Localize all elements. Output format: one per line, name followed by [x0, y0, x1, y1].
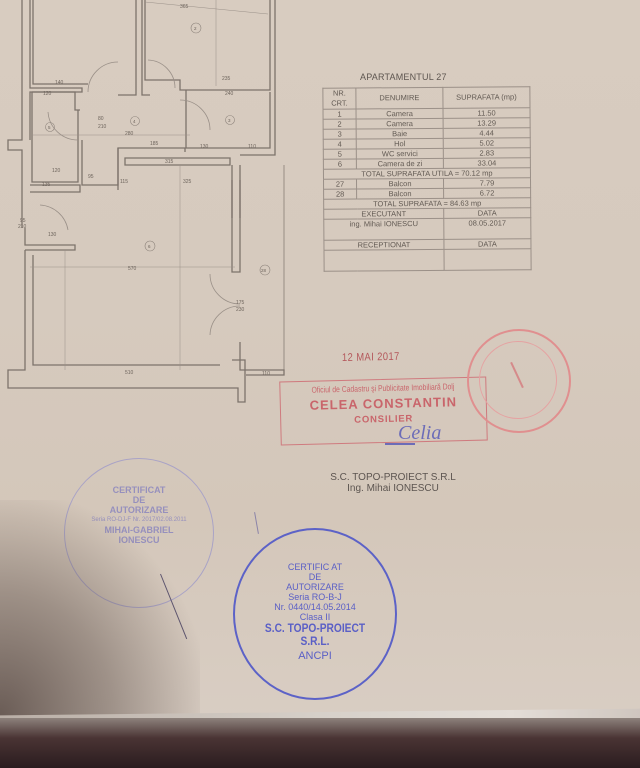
svg-text:235: 235: [222, 76, 231, 82]
ocpi-stamp: Oficiul de Cadastru şi Publicitate Imobi…: [279, 376, 488, 445]
cell-denumire: Baie: [356, 128, 443, 139]
cell-denumire: Camera de zi: [356, 158, 443, 169]
svg-text:325: 325: [183, 179, 192, 185]
stamp-line: CERTIFICAT: [65, 485, 213, 495]
signature: Celia: [398, 422, 441, 445]
receptionat-row: [324, 249, 531, 271]
svg-text:240: 240: [225, 91, 234, 97]
ocpi-office: Oficiul de Cadastru şi Publicitate Imobi…: [301, 381, 465, 395]
svg-text:130: 130: [48, 232, 57, 238]
cell-nr: 28: [324, 189, 357, 199]
header-nr: NR. CRT.: [323, 88, 356, 109]
cell-suprafata: 13.29: [443, 118, 530, 129]
svg-text:120: 120: [52, 168, 61, 174]
cell-denumire: Balcon: [356, 178, 443, 189]
svg-text:3: 3: [228, 118, 231, 123]
svg-text:510: 510: [125, 370, 134, 376]
stamp-line: Nr. 0440/14.05.2014: [235, 602, 395, 612]
cell-denumire: Hol: [356, 138, 443, 149]
svg-text:110: 110: [248, 144, 256, 150]
dim-label: 365: [180, 4, 189, 10]
cell-suprafata: 4.44: [443, 128, 530, 139]
company-engineer: Ing. Mihai IONESCU: [318, 483, 468, 494]
date-stamp: 12 MAI 2017: [342, 351, 400, 364]
svg-text:95: 95: [88, 174, 94, 180]
cell-suprafata: 11.50: [443, 108, 530, 119]
ocpi-role: CONSILIER: [281, 411, 486, 427]
cell-nr: 6: [323, 159, 356, 169]
cell-nr: 5: [323, 149, 356, 159]
company-block: S.C. TOPO-PROIECT S.R.L Ing. Mihai IONES…: [318, 472, 468, 494]
background-surface: [0, 718, 640, 768]
svg-text:120: 120: [43, 91, 52, 97]
cell-suprafata: 6.72: [444, 188, 531, 199]
receptionat-data-label: DATA: [444, 239, 531, 250]
svg-text:4: 4: [133, 119, 136, 124]
stamp-ancpi: ANCPI: [235, 651, 395, 661]
seal-emblem-icon: [510, 362, 524, 388]
header-suprafata: SUPRAFATA (mp): [443, 87, 530, 109]
svg-text:2: 2: [194, 26, 197, 31]
cell-denumire: Balcon: [357, 188, 444, 199]
svg-text:185: 185: [150, 141, 159, 147]
stamp-line: CERTIFIC AT: [235, 562, 395, 572]
svg-text:110: 110: [262, 371, 270, 377]
stamp-line: Seria RO-B-J: [235, 592, 395, 602]
cell-nr: 4: [323, 139, 356, 149]
svg-text:115: 115: [120, 179, 128, 185]
cell-nr: 2: [323, 119, 356, 129]
cell-nr: 1: [323, 109, 356, 119]
svg-text:315: 315: [165, 159, 174, 165]
area-table: NR. CRT. DENUMIRE SUPRAFATA (mp) 1Camera…: [322, 86, 531, 271]
cell-suprafata: 7.79: [443, 178, 530, 189]
data-label: DATA: [444, 208, 531, 219]
svg-text:130: 130: [200, 144, 209, 150]
cell-nr: 27: [323, 179, 356, 189]
ocpi-name: CELEA CONSTANTIN: [281, 394, 486, 414]
header-denumire: DENUMIRE: [356, 87, 443, 109]
cell-nr: 3: [323, 129, 356, 139]
table-title: APARTAMENTUL 27: [360, 72, 447, 82]
table-header-row: NR. CRT. DENUMIRE SUPRAFATA (mp): [323, 87, 530, 109]
svg-text:175: 175: [236, 300, 245, 306]
svg-text:280: 280: [125, 131, 134, 137]
cell-denumire: Camera: [356, 118, 443, 129]
svg-text:210: 210: [18, 224, 27, 230]
company-name: S.C. TOPO-PROIECT S.R.L: [318, 472, 468, 483]
cell-denumire: Camera: [356, 108, 443, 119]
cell-suprafata: 33.04: [443, 158, 530, 169]
svg-text:80: 80: [98, 116, 104, 122]
stamp-company: S.R.L.: [247, 635, 383, 648]
svg-text:135: 135: [42, 182, 51, 188]
cell-suprafata: 2.83: [443, 148, 530, 159]
executant-date: 08.05.2017: [444, 218, 531, 240]
executant-row: ing. Mihai IONESCU 08.05.2017: [324, 218, 531, 240]
svg-text:570: 570: [128, 266, 137, 272]
executant-name: ing. Mihai IONESCU: [324, 218, 444, 240]
floor-plan: 365 140120 80210 280185 135120 95115 325…: [0, 0, 300, 410]
svg-text:140: 140: [55, 80, 64, 86]
cell-suprafata: 5.02: [443, 138, 530, 149]
svg-text:5: 5: [48, 125, 51, 130]
svg-text:6: 6: [148, 244, 151, 249]
stamp-line: AUTORIZARE: [235, 582, 395, 592]
svg-text:28: 28: [261, 268, 267, 273]
svg-text:230: 230: [236, 307, 245, 313]
authorization-stamp-blue: CERTIFIC AT DE AUTORIZARE Seria RO-B-J N…: [233, 528, 397, 700]
svg-text:210: 210: [98, 124, 107, 130]
cell-denumire: WC servici: [356, 148, 443, 159]
red-round-seal: [467, 329, 571, 433]
stamp-line: DE: [235, 572, 395, 582]
